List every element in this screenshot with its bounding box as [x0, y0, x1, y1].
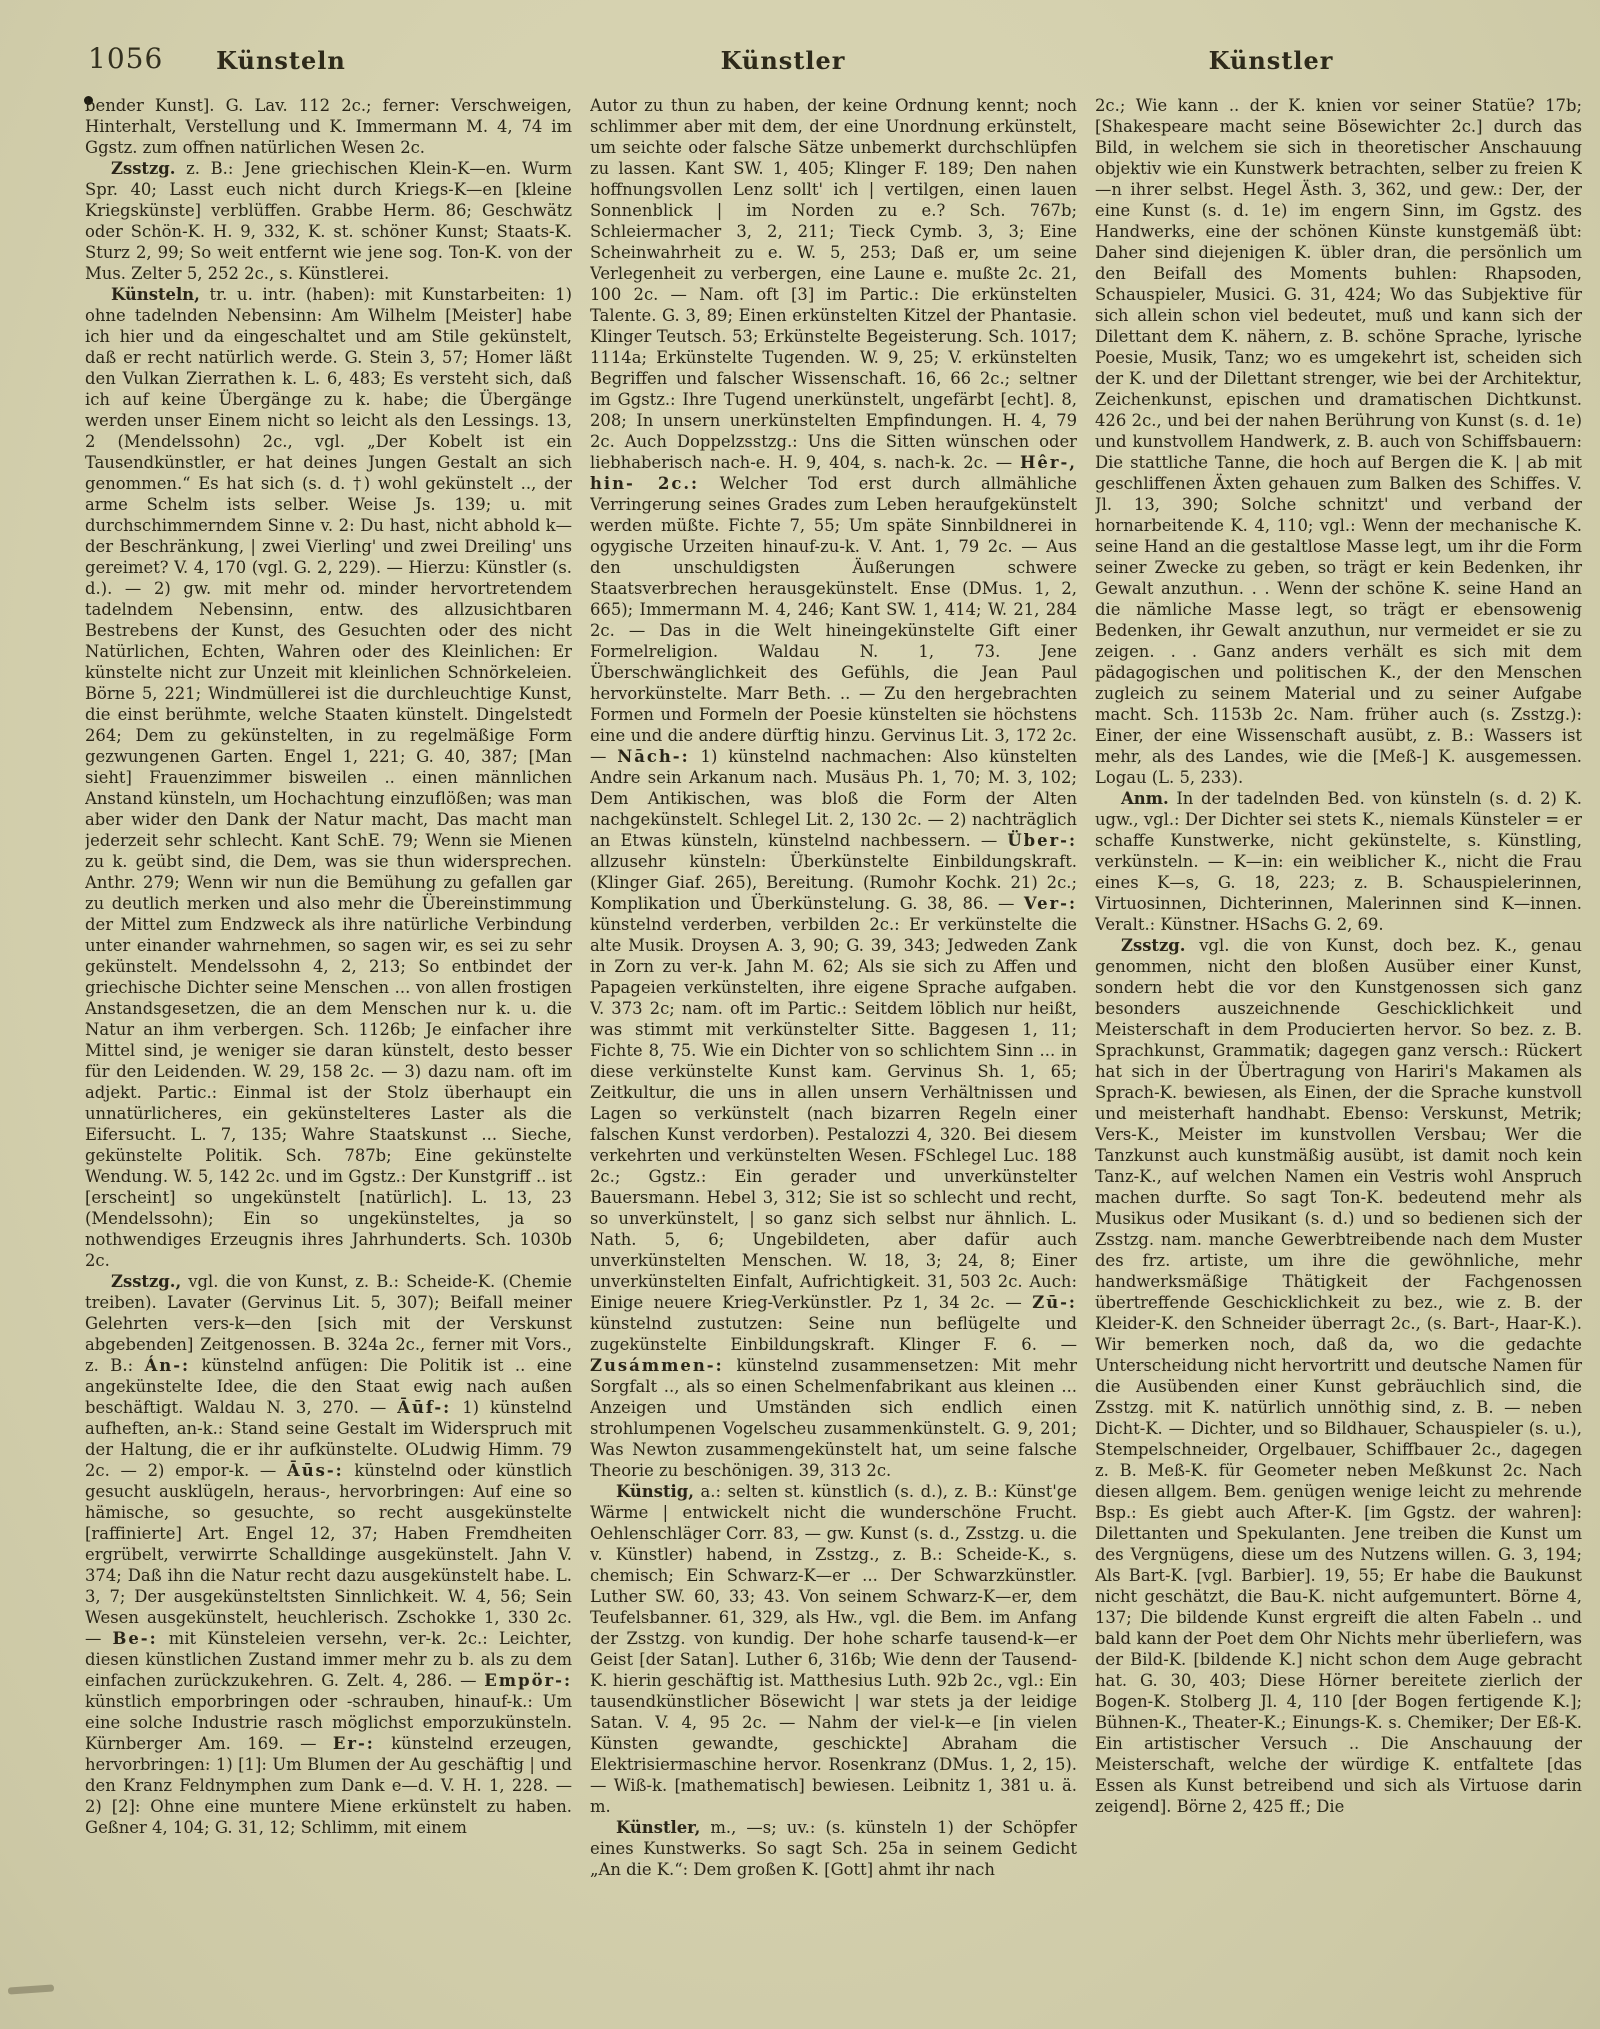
dictionary-page: 1056 Künsteln Künstler Künstler bender K…: [0, 0, 1600, 2029]
entry-text: künstelnd verderben, verbilden 2c.: Er v…: [590, 915, 1077, 1312]
running-head-column-2: Künstler: [721, 46, 846, 75]
paragraph: Zsstzg. vgl. die von Kunst, doch bez. K.…: [1095, 935, 1582, 1817]
entry-text: künstelnd zustutzen: Seine nun beflügelt…: [590, 1314, 1077, 1354]
entry-text: Welcher Tod erst durch allmähliche Verri…: [590, 474, 1077, 766]
paragraph: Künstig, a.: selten st. künstlich (s. d.…: [590, 1481, 1077, 1817]
entry-headword: Anm.: [1121, 789, 1169, 808]
entry-headword: Be-:: [113, 1629, 158, 1648]
paragraph: Künstler, m., —s; uv.: (s. künsteln 1) d…: [590, 1817, 1077, 1880]
ink-smudge: [8, 1984, 54, 1994]
entry-headword: Ver-:: [1024, 894, 1077, 913]
entry-text: a.: selten st. künstlich (s. d.), z. B.:…: [590, 1482, 1077, 1816]
entry-headword: Zū-:: [1032, 1293, 1077, 1312]
paragraph: Zsstzg., vgl. die von Kunst, z. B.: Sche…: [85, 1271, 572, 1838]
entry-headword: Āūf-:: [397, 1398, 451, 1417]
text-columns: bender Kunst]. G. Lav. 112 2c.; ferner: …: [85, 95, 1582, 1911]
entry-text: vgl. die von Kunst, doch bez. K., genau …: [1095, 936, 1582, 1816]
entry-headword: Er-:: [333, 1734, 375, 1753]
paragraph: Zsstzg. z. B.: Jene griechischen Klein-K…: [85, 158, 572, 284]
entry-headword: Über-:: [1007, 831, 1077, 850]
entry-headword: Zsstzg.: [111, 159, 175, 178]
entry-headword: Án-:: [145, 1356, 191, 1375]
entry-headword: Zusámmen-:: [590, 1356, 724, 1375]
entry-text: In der tadelnden Bed. von künsteln (s. d…: [1095, 789, 1582, 934]
column-1: bender Kunst]. G. Lav. 112 2c.; ferner: …: [85, 95, 572, 1911]
paragraph: Anm. In der tadelnden Bed. von künsteln …: [1095, 788, 1582, 935]
entry-headword: Empör-:: [484, 1671, 572, 1690]
entry-headword: Nāch-:: [617, 747, 689, 766]
paragraph: 2c.; Wie kann .. der K. knien vor seiner…: [1095, 95, 1582, 788]
entry-headword: Zsstzg.,: [111, 1272, 181, 1291]
entry-text: tr. u. intr. (haben): mit Kunstarbeiten:…: [85, 285, 572, 1270]
paragraph: Künsteln, tr. u. intr. (haben): mit Kuns…: [85, 284, 572, 1271]
entry-text: bender Kunst]. G. Lav. 112 2c.; ferner: …: [85, 96, 572, 157]
running-head-column-1: Künsteln: [216, 46, 346, 75]
page-number: 1056: [88, 42, 163, 75]
entry-headword: Künsteln,: [111, 285, 200, 304]
entry-headword: Künstler,: [616, 1818, 700, 1837]
entry-text: künstelnd oder künstlich gesucht ausklüg…: [85, 1461, 572, 1648]
entry-headword: Āūs-:: [287, 1461, 344, 1480]
entry-text: 2c.; Wie kann .. der K. knien vor seiner…: [1095, 96, 1582, 787]
column-2: Autor zu thun zu haben, der keine Ordnun…: [590, 95, 1077, 1911]
paragraph: bender Kunst]. G. Lav. 112 2c.; ferner: …: [85, 95, 572, 158]
entry-text: Autor zu thun zu haben, der keine Ordnun…: [590, 96, 1077, 472]
running-head-column-3: Künstler: [1209, 46, 1334, 75]
entry-headword: Künstig,: [616, 1482, 694, 1501]
paragraph: Autor zu thun zu haben, der keine Ordnun…: [590, 95, 1077, 1481]
entry-headword: Zsstzg.: [1121, 936, 1185, 955]
entry-text: allzusehr künsteln: Überkünstelte Einbil…: [590, 852, 1077, 913]
column-3: 2c.; Wie kann .. der K. knien vor seiner…: [1095, 95, 1582, 1911]
